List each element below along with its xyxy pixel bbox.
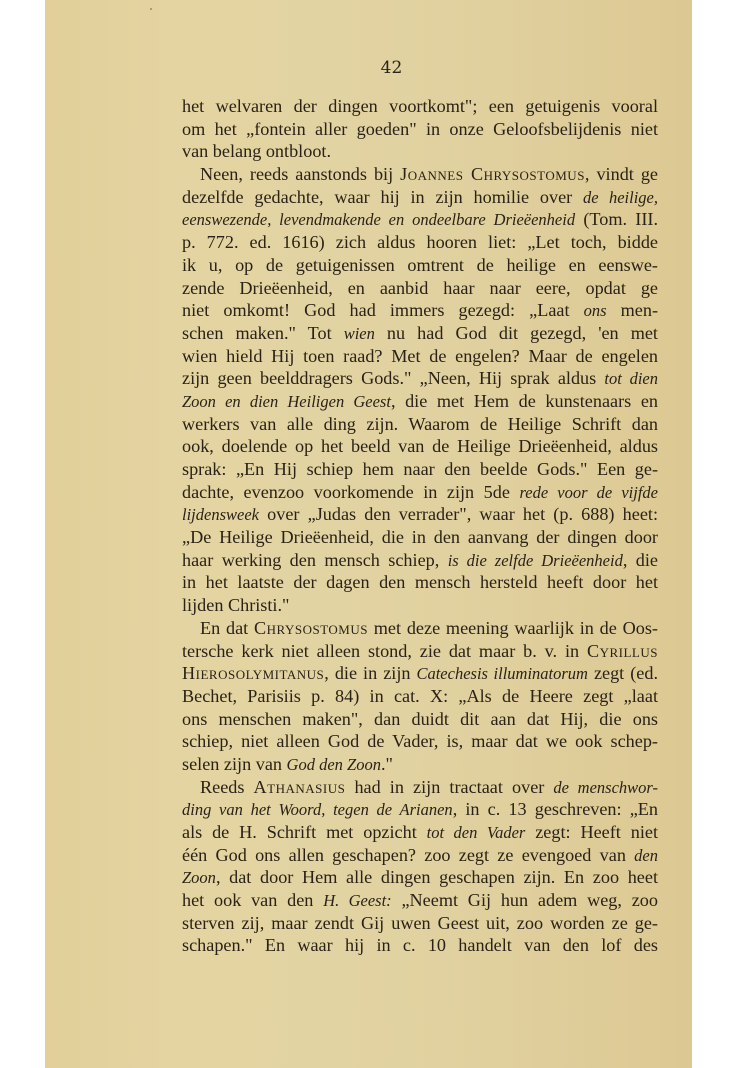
text-segment: van belang ontbloot.: [182, 141, 331, 161]
text-line: selen zijn van God den Zoon.": [182, 753, 658, 776]
text-line: eenswezende, levendmakende en ondeelbare…: [182, 208, 658, 231]
text-line: ding van het Woord, tegen de Arianen, in…: [182, 798, 658, 821]
text-segment: als de H. Schrift met opzicht: [182, 822, 427, 842]
italic-title: Catechesis illuminatorum: [416, 664, 587, 683]
text-segment: over „Judas den verrader", waar het (p. …: [259, 504, 658, 524]
text-line: zende Drieëenheid, en aanbid haar naar e…: [182, 277, 658, 300]
text-segment: selen zijn van: [182, 754, 287, 774]
text-segment: , vindt ge: [585, 164, 658, 184]
italic-title: de menschwor-: [553, 778, 658, 797]
text-segment: schapen." En waar hij in c. 10 handelt v…: [182, 935, 658, 955]
text-line: het welvaren der dingen voortkomt"; een …: [182, 95, 658, 118]
text-segment: wien hield Hij toen raad? Met de engelen…: [182, 346, 658, 366]
page-number: 42: [45, 58, 692, 78]
text-segment: men-: [607, 300, 658, 320]
text-segment: één God ons allen geschapen? zoo zegt ze…: [182, 845, 634, 865]
italic-title: God den Zoon: [287, 755, 381, 774]
italic-title: ons: [584, 301, 607, 320]
italic-title: tot den Vader: [427, 823, 526, 842]
text-line: sterven zij, maar zendt Gij uwen Geest u…: [182, 912, 658, 935]
author-name: Cyrillus: [587, 641, 658, 661]
text-line: wien hield Hij toen raad? Met de engelen…: [182, 345, 658, 368]
text-segment: het ook van den: [182, 890, 323, 910]
text-segment: schiep, niet alleen God de Vader, is, ma…: [182, 731, 658, 751]
text-segment: , die in zijn: [324, 663, 416, 683]
text-segment: sprak: „En Hij schiep hem naar den beeld…: [182, 459, 658, 479]
text-line: niet omkomt! God had immers gezegd: „Laa…: [182, 299, 658, 322]
text-segment: het welvaren der dingen voortkomt"; een …: [182, 96, 658, 116]
text-segment: werkers van alle ding zijn. Waarom de He…: [182, 414, 658, 434]
text-line: haar werking den mensch schiep, is die z…: [182, 549, 658, 572]
italic-title: lijdensweek: [182, 505, 259, 524]
text-segment: , die met Hem de kunstenaars en: [391, 391, 658, 411]
italic-title: den: [634, 846, 658, 865]
text-segment: met deze meening waarlijk in de Oos-: [368, 618, 658, 638]
text-segment: , die: [623, 550, 658, 570]
text-line: zijn geen beelddragers Gods." „Neen, Hij…: [182, 367, 658, 390]
text-line: lijdensweek over „Judas den verrader", w…: [182, 503, 658, 526]
text-line: ook, doelende op het beeld van de Heilig…: [182, 435, 658, 458]
text-segment: ook, doelende op het beeld van de Heilig…: [182, 436, 658, 456]
author-name: Chrysostomus: [254, 618, 368, 638]
text-line: Neen, reeds aanstonds bij Joannes Chryso…: [182, 163, 658, 186]
text-line: schen maken." Tot wien nu had God dit ge…: [182, 322, 658, 345]
italic-title: ding van het Woord, tegen de Arianen: [182, 800, 453, 819]
text-segment: in het laatste der dagen den mensch hers…: [182, 572, 658, 592]
text-segment: om het „fontein aller goeden" in onze Ge…: [182, 119, 658, 139]
text-line: werkers van alle ding zijn. Waarom de He…: [182, 413, 658, 436]
text-segment: sterven zij, maar zendt Gij uwen Geest u…: [182, 913, 658, 933]
italic-title: is die zelfde Drieëenheid: [448, 551, 623, 570]
text-segment: zegt: Heeft niet: [525, 822, 658, 842]
text-segment: En dat: [200, 618, 254, 638]
text-segment: zende Drieëenheid, en aanbid haar naar e…: [182, 278, 658, 298]
text-line: in het laatste der dagen den mensch hers…: [182, 571, 658, 594]
author-name: Joannes Chrysostomus: [400, 164, 585, 184]
text-line: Hierosolymitanus, die in zijn Catechesis…: [182, 662, 658, 685]
text-line: ons menschen maken", dan duidt dit aan d…: [182, 708, 658, 731]
text-segment: Reeds: [200, 777, 254, 797]
text-segment: „Neemt Gij hun adem weg, zoo: [392, 890, 658, 910]
italic-title: wien: [344, 324, 375, 343]
text-line: Zoon, dat door Hem alle dingen geschapen…: [182, 866, 658, 889]
text-segment: Bechet, Parisiis p. 84) in cat. X: „Als …: [182, 686, 658, 706]
text-segment: tersche kerk niet alleen stond, zie dat …: [182, 641, 587, 661]
italic-title: Zoon: [182, 868, 216, 887]
author-name: Hierosolymitanus: [182, 663, 324, 683]
text-segment: niet omkomt! God had immers gezegd: „Laa…: [182, 300, 584, 320]
text-segment: „De Heilige Drieëenheid, die in den aanv…: [182, 527, 658, 547]
text-line: sprak: „En Hij schiep hem naar den beeld…: [182, 458, 658, 481]
text-line: Reeds Athanasius had in zijn tractaat ov…: [182, 776, 658, 799]
text-segment: zegt (ed.: [588, 663, 658, 683]
text-segment: p. 772. ed. 1616) zich aldus hooren liet…: [182, 232, 658, 252]
text-line: het ook van den H. Geest: „Neemt Gij hun…: [182, 889, 658, 912]
italic-title: Zoon en dien Heiligen Geest: [182, 392, 391, 411]
text-segment: zijn geen beelddragers Gods." „Neen, Hij…: [182, 368, 604, 388]
text-segment: , in c. 13 geschreven: „En: [453, 799, 658, 819]
text-line: schiep, niet alleen God de Vader, is, ma…: [182, 730, 658, 753]
text-segment: lijden Christi.": [182, 595, 289, 615]
text-line: En dat Chrysostomus met deze meening waa…: [182, 617, 658, 640]
text-line: schapen." En waar hij in c. 10 handelt v…: [182, 934, 658, 957]
italic-title: rede voor de vijfde: [519, 483, 658, 502]
italic-title: de heilige,: [583, 188, 658, 207]
text-segment: had in zijn tractaat over: [345, 777, 553, 797]
text-line: Bechet, Parisiis p. 84) in cat. X: „Als …: [182, 685, 658, 708]
text-line: lijden Christi.": [182, 594, 658, 617]
text-segment: .": [381, 754, 393, 774]
scanned-book-page: 42 het welvaren der dingen voortkomt"; e…: [45, 0, 692, 1068]
italic-title: eenswezende, levendmakende en ondeelbare…: [182, 210, 575, 229]
italic-title: H. Geest:: [323, 891, 391, 910]
text-line: ik u, op de getuigenissen omtrent de hei…: [182, 254, 658, 277]
text-line: dezelfde gedachte, waar hij in zijn homi…: [182, 186, 658, 209]
text-line: van belang ontbloot.: [182, 140, 658, 163]
text-segment: haar werking den mensch schiep,: [182, 550, 448, 570]
text-segment: , dat door Hem alle dingen geschapen zij…: [216, 867, 658, 887]
text-segment: dachte, evenzoo voorkomende in zijn 5de: [182, 482, 519, 502]
italic-title: tot dien: [604, 369, 658, 388]
text-line: als de H. Schrift met opzicht tot den Va…: [182, 821, 658, 844]
text-segment: (Tom. III.: [575, 209, 658, 229]
author-name: Athanasius: [254, 777, 346, 797]
text-line: „De Heilige Drieëenheid, die in den aanv…: [182, 526, 658, 549]
text-line: om het „fontein aller goeden" in onze Ge…: [182, 118, 658, 141]
text-line: één God ons allen geschapen? zoo zegt ze…: [182, 844, 658, 867]
text-segment: dezelfde gedachte, waar hij in zijn homi…: [182, 187, 583, 207]
text-line: Zoon en dien Heiligen Geest, die met Hem…: [182, 390, 658, 413]
text-segment: Neen, reeds aanstonds bij: [200, 164, 400, 184]
paper-speck: [150, 8, 152, 10]
text-line: tersche kerk niet alleen stond, zie dat …: [182, 640, 658, 663]
text-segment: schen maken." Tot: [182, 323, 344, 343]
text-segment: ons menschen maken", dan duidt dit aan d…: [182, 709, 658, 729]
body-text: het welvaren der dingen voortkomt"; een …: [182, 95, 658, 957]
text-segment: nu had God dit gezegd, 'en met: [375, 323, 658, 343]
text-segment: ik u, op de getuigenissen omtrent de hei…: [182, 255, 658, 275]
text-line: p. 772. ed. 1616) zich aldus hooren liet…: [182, 231, 658, 254]
text-line: dachte, evenzoo voorkomende in zijn 5de …: [182, 481, 658, 504]
